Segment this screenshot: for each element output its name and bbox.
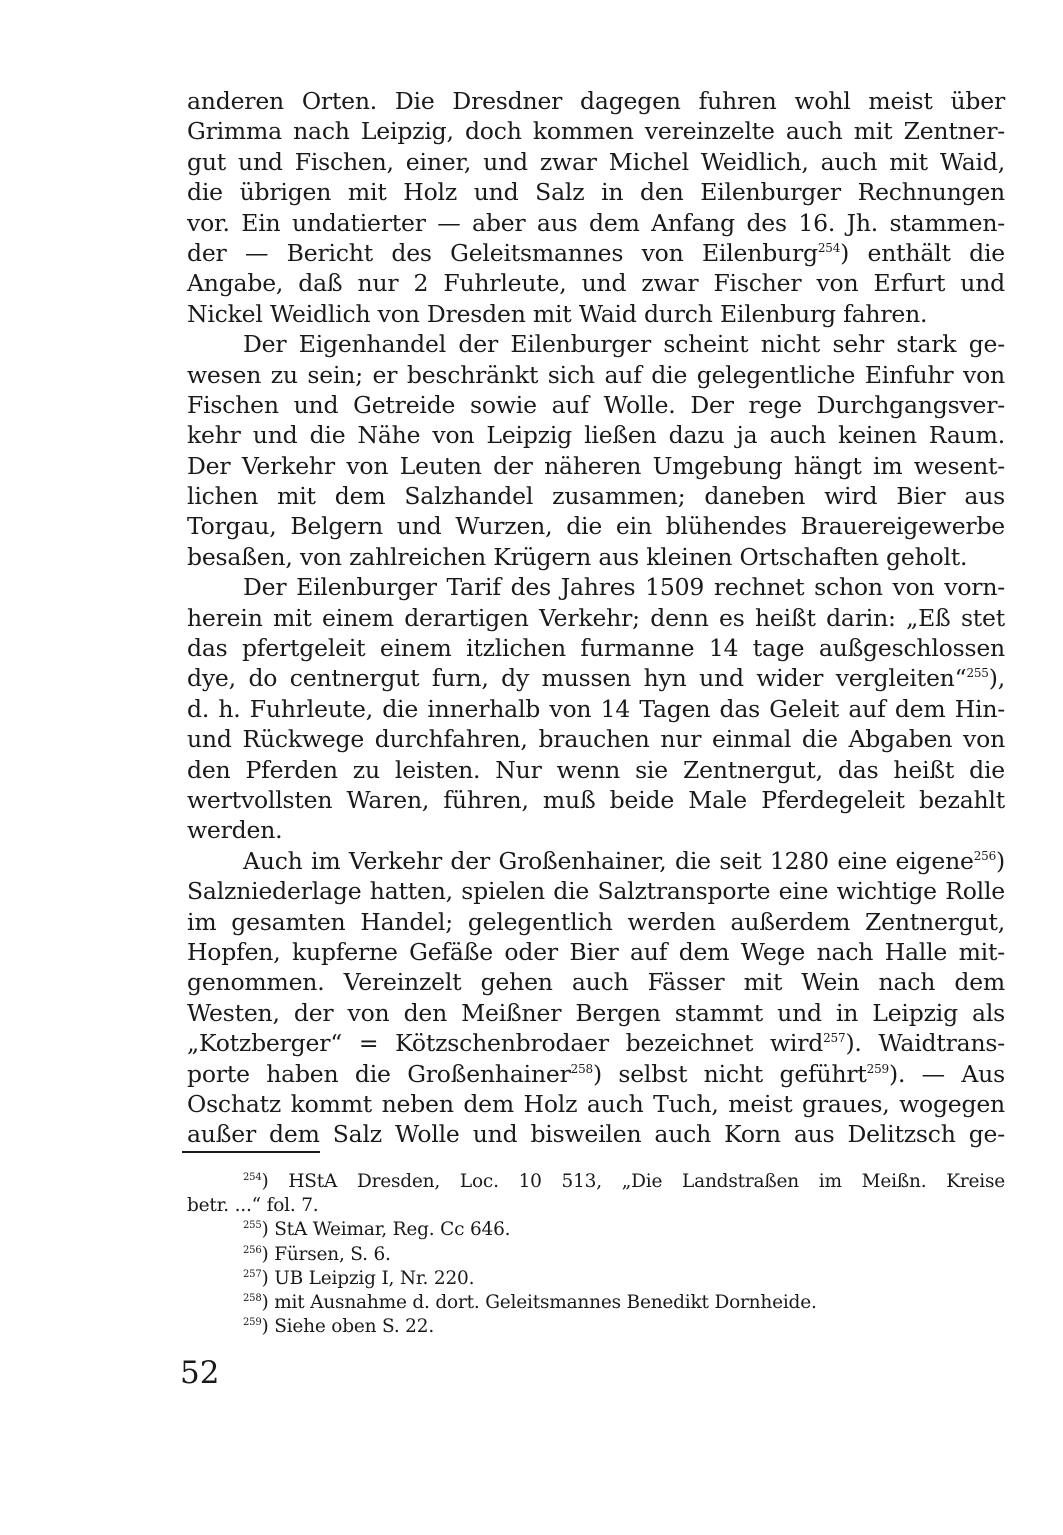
text-line: die übrigen mit Holz und Salz in den Eil… (187, 177, 1005, 207)
footnote-number: 254 (243, 1172, 262, 1183)
text-fragment: ) selbst nicht geführt (593, 1060, 867, 1088)
footnote-ref: 257 (823, 1031, 845, 1045)
footnotes: 254) HStA Dresden, Loc. 10 513, „Die Lan… (187, 1170, 1005, 1339)
text-fragment: der — Bericht des Geleitsmannes von Eile… (187, 239, 818, 267)
text-line: und Rückwege durchfahren, brauchen nur e… (187, 724, 1005, 754)
footnote-separator (182, 1151, 320, 1153)
text-line: porte haben die Großenhainer258) selbst … (187, 1059, 1005, 1089)
text-line: Der Verkehr von Leuten der näheren Umgeb… (187, 451, 1005, 481)
text-line: Nickel Weidlich von Dresden mit Waid dur… (187, 299, 1005, 329)
text-line: „Kotzberger“ = Kötzschenbrodaer bezeichn… (187, 1028, 1005, 1058)
main-text: anderen Orten. Die Dresdner dagegen fuhr… (187, 86, 1005, 1150)
text-line: Oschatz kommt neben dem Holz auch Tuch, … (187, 1089, 1005, 1119)
text-fragment: dye, do centnergut furn, dy mussen hyn u… (187, 664, 966, 692)
text-fragment: ) (996, 847, 1005, 875)
text-line: herein mit einem derartigen Verkehr; den… (187, 603, 1005, 633)
footnote-ref: 254 (818, 241, 840, 255)
text-fragment: Auch im Verkehr der Großenhainer, die se… (243, 847, 974, 875)
text-fragment: „Kotzberger“ = Kötzschenbrodaer bezeichn… (187, 1029, 823, 1057)
text-line: im gesamten Handel; gelegentlich werden … (187, 907, 1005, 937)
text-line: Hopfen, kupferne Gefäße oder Bier auf de… (187, 937, 1005, 967)
footnote-254-continuation: betr. ...“ fol. 7. (187, 1194, 1005, 1218)
text-line: wertvollsten Waren, führen, muß beide Ma… (187, 785, 1005, 815)
text-line: vor. Ein undatierter — aber aus dem Anfa… (187, 208, 1005, 238)
footnote-text: ) Fürsen, S. 6. (262, 1244, 391, 1265)
text-line: besaßen, von zahlreichen Krügern aus kle… (187, 542, 1005, 572)
text-line: der — Bericht des Geleitsmannes von Eile… (187, 238, 1005, 268)
footnote-ref: 256 (974, 849, 996, 863)
footnote-text: ) Siehe oben S. 22. (262, 1316, 435, 1337)
text-line: wesen zu sein; er beschränkt sich auf di… (187, 360, 1005, 390)
text-line: den Pferden zu leisten. Nur wenn sie Zen… (187, 755, 1005, 785)
text-line: genommen. Vereinzelt gehen auch Fässer m… (187, 967, 1005, 997)
footnote-ref: 255 (966, 666, 988, 680)
text-fragment: ), (989, 664, 1005, 692)
book-page: anderen Orten. Die Dresdner dagegen fuhr… (0, 0, 1063, 1535)
paragraph-start-line: Der Eigenhandel der Eilenburger scheint … (187, 329, 1005, 359)
footnote-text: ) StA Weimar, Reg. Cc 646. (262, 1219, 511, 1240)
footnote-ref: 259 (867, 1062, 889, 1076)
footnote-254: 254) HStA Dresden, Loc. 10 513, „Die Lan… (187, 1170, 1005, 1194)
text-line: Angabe, daß nur 2 Fuhrleute, und zwar Fi… (187, 268, 1005, 298)
text-fragment: ) enthält die (840, 239, 1005, 267)
footnote-ref: 258 (571, 1062, 593, 1076)
footnote-text: ) HStA Dresden, Loc. 10 513, „Die Landst… (262, 1171, 1006, 1192)
footnote-258: 258) mit Ausnahme d. dort. Geleitsmannes… (187, 1291, 1005, 1315)
text-fragment: ). Waidtrans- (845, 1029, 1005, 1057)
text-line: werden. (187, 815, 1005, 845)
footnote-text: ) UB Leipzig I, Nr. 220. (262, 1268, 475, 1289)
page-number: 52 (180, 1356, 219, 1390)
text-line: Salzniederlage hatten, spielen die Salzt… (187, 876, 1005, 906)
footnote-255: 255) StA Weimar, Reg. Cc 646. (187, 1218, 1005, 1242)
footnote-number: 255 (243, 1220, 262, 1231)
text-line: das pfertgeleit einem itzlichen furmanne… (187, 633, 1005, 663)
text-line: außer dem Salz Wolle und bisweilen auch … (187, 1119, 1005, 1149)
text-line: lichen mit dem Salzhandel zusammen; dane… (187, 481, 1005, 511)
text-line: d. h. Fuhrleute, die innerhalb von 14 Ta… (187, 694, 1005, 724)
text-line: kehr und die Nähe von Leipzig ließen daz… (187, 420, 1005, 450)
text-fragment: porte haben die Großenhainer (187, 1060, 571, 1088)
text-line: Westen, der von den Meißner Bergen stamm… (187, 998, 1005, 1028)
text-line: dye, do centnergut furn, dy mussen hyn u… (187, 663, 1005, 693)
footnote-text: ) mit Ausnahme d. dort. Geleitsmannes Be… (262, 1292, 817, 1313)
footnote-number: 259 (243, 1317, 262, 1328)
text-line: Grimma nach Leipzig, doch kommen vereinz… (187, 116, 1005, 146)
footnote-number: 256 (243, 1245, 262, 1256)
footnote-256: 256) Fürsen, S. 6. (187, 1243, 1005, 1267)
text-fragment: ). — Aus (889, 1060, 1005, 1088)
text-line: gut und Fischen, einer, und zwar Michel … (187, 147, 1005, 177)
footnote-number: 258 (243, 1293, 262, 1304)
footnote-number: 257 (243, 1269, 262, 1280)
paragraph-start-line: Auch im Verkehr der Großenhainer, die se… (187, 846, 1005, 876)
text-line: Fischen und Getreide sowie auf Wolle. De… (187, 390, 1005, 420)
footnote-259: 259) Siehe oben S. 22. (187, 1315, 1005, 1339)
paragraph-start-line: Der Eilenburger Tarif des Jahres 1509 re… (187, 572, 1005, 602)
text-line: anderen Orten. Die Dresdner dagegen fuhr… (187, 86, 1005, 116)
footnote-257: 257) UB Leipzig I, Nr. 220. (187, 1267, 1005, 1291)
text-line: Torgau, Belgern und Wurzen, die ein blüh… (187, 511, 1005, 541)
